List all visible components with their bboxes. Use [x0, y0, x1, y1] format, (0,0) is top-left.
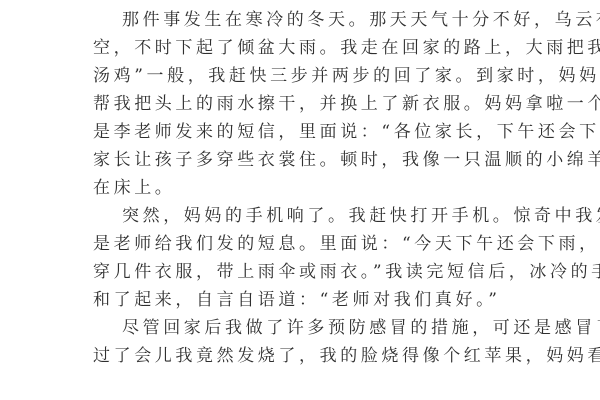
text-line: 是李老师发来的短信，里面说：“各位家长，下午还会下雨，请各位 [93, 118, 513, 146]
text-line: 过了会儿我竟然发烧了，我的脸烧得像个红苹果，妈妈看着我的脸 [93, 342, 513, 370]
text-line: 在床上。 [93, 174, 513, 202]
document-page: 那件事发生在寒冷的冬天。那天天气十分不好，乌云布满了天 空，不时下起了倾盆大雨。… [0, 0, 600, 400]
text-line: 穿几件衣服，带上雨伞或雨衣。”我读完短信后，冰冷的手脚变得暖 [93, 258, 513, 286]
text-line: 帮我把头上的雨水擦干，并换上了新衣服。妈妈拿啦一个厚被子把我 [93, 90, 513, 118]
text-line: 是老师给我们发的短息。里面说：“今天下午还会下雨，请同学们多 [93, 230, 513, 258]
paragraph-2: 突然，妈妈的手机响了。我赶快打开手机。惊奇中我发现原来 是老师给我们发的短息。里… [93, 202, 513, 314]
text-line: 家长让孩子多穿些衣裳住。顿时，我像一只温顺的小绵羊，乖乖的坐 [93, 146, 513, 174]
text-line: 空，不时下起了倾盆大雨。我走在回家的路上，大雨把我淋得像只“落 [93, 34, 513, 62]
text-line: 那件事发生在寒冷的冬天。那天天气十分不好，乌云布满了天 [93, 6, 513, 34]
text-line: 突然，妈妈的手机响了。我赶快打开手机。惊奇中我发现原来 [93, 202, 513, 230]
paragraph-1: 那件事发生在寒冷的冬天。那天天气十分不好，乌云布满了天 空，不时下起了倾盆大雨。… [93, 6, 513, 202]
essay-body: 那件事发生在寒冷的冬天。那天天气十分不好，乌云布满了天 空，不时下起了倾盆大雨。… [93, 6, 513, 370]
text-line: 汤鸡”一般，我赶快三步并两步的回了家。到家时，妈妈赶快用毛巾 [93, 62, 513, 90]
text-line: 尽管回家后我做了许多预防感冒的措施，可还是感冒了，而且 [93, 314, 513, 342]
text-line: 和了起来，自言自语道：“老师对我们真好。” [93, 286, 513, 314]
paragraph-3: 尽管回家后我做了许多预防感冒的措施，可还是感冒了，而且 过了会儿我竟然发烧了，我… [93, 314, 513, 370]
